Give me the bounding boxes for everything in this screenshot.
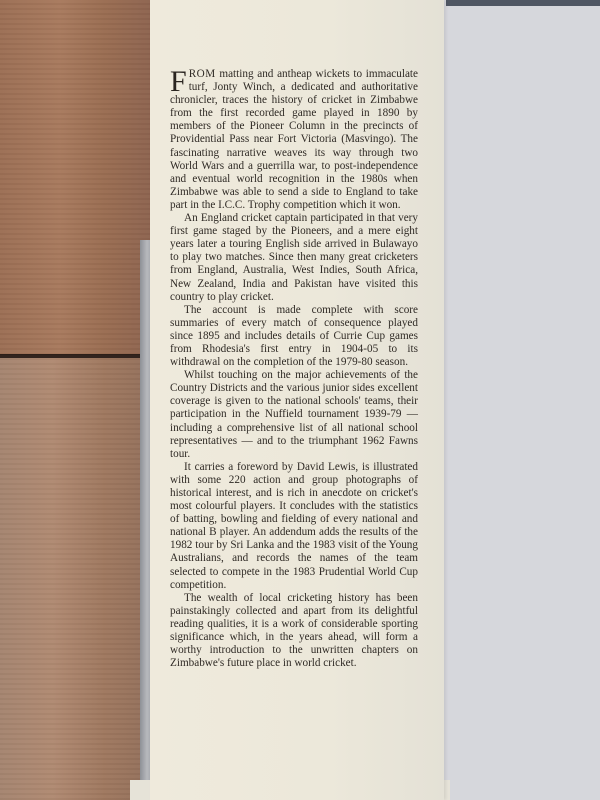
book-back-cover — [444, 0, 600, 800]
blurb-paragraph-6: The wealth of local cricketing history h… — [170, 592, 418, 671]
drop-cap: F — [170, 70, 187, 94]
blurb-paragraph-5: It carries a foreword by David Lewis, is… — [170, 461, 418, 592]
flap-blurb: FROM matting and antheap wickets to imma… — [170, 68, 418, 670]
blurb-paragraph-4: Whilst touching on the major achievement… — [170, 369, 418, 461]
wood-grain-texture — [0, 0, 150, 800]
first-word-rest: ROM — [189, 68, 216, 80]
blurb-paragraph-3: The account is made complete with score … — [170, 304, 418, 369]
book-cover-top-edge — [446, 0, 600, 6]
paragraph-text: matting and antheap wickets to immaculat… — [170, 68, 418, 211]
blurb-paragraph-2: An England cricket captain participated … — [170, 212, 418, 304]
blurb-paragraph-1: FROM matting and antheap wickets to imma… — [170, 68, 418, 212]
